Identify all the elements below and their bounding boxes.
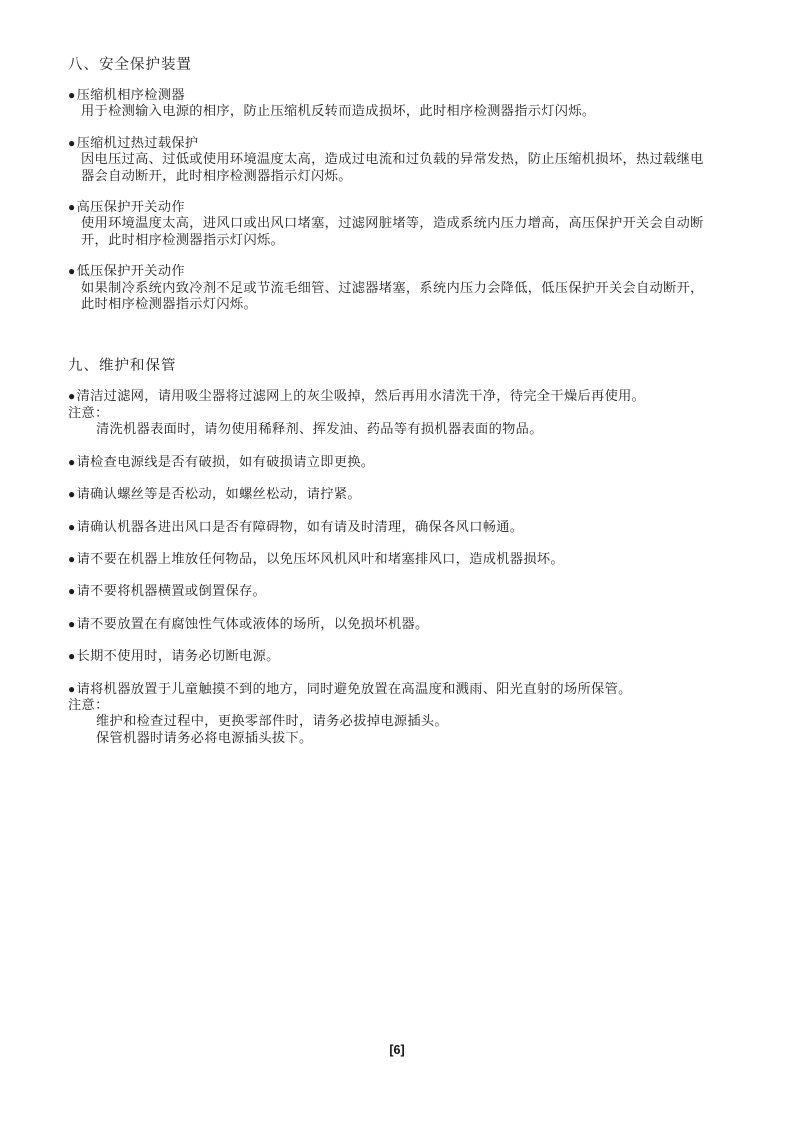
- bullet-icon: ●: [68, 136, 76, 150]
- bullet-text: 长期不使用时，请务必切断电源。: [77, 648, 280, 663]
- bullet-icon: ●: [68, 617, 76, 631]
- bullet-text-line: ●请不要将机器横置或倒置保存。: [68, 583, 716, 599]
- bullet-icon: ●: [68, 552, 76, 566]
- bullet-item: ●请检查电源线是否有破损，如有破损请立即更换。: [68, 454, 716, 470]
- bullet-item: ●清洁过滤网，请用吸尘器将过滤网上的灰尘吸掉，然后再用水清洗干净，待完全干燥后再…: [68, 388, 716, 437]
- bullet-icon: ●: [68, 88, 76, 102]
- bullet-text: 请确认螺丝等是否松动，如螺丝松动，请拧紧。: [77, 486, 361, 501]
- bullet-text-line: ●长期不使用时，请务必切断电源。: [68, 648, 716, 664]
- bullet-text-line: ●请检查电源线是否有破损，如有破损请立即更换。: [68, 454, 716, 470]
- bullet-item: ●低压保护开关动作 如果制冷系统内致冷剂不足或节流毛细管、过滤器堵塞，系统内压力…: [68, 263, 716, 312]
- bullet-text-line: ●请确认机器各进出风口是否有障碍物，如有请及时清理，确保各风口畅通。: [68, 519, 716, 535]
- bullet-item: ●长期不使用时，请务必切断电源。: [68, 648, 716, 664]
- bullet-item: ●请不要放置在有腐蚀性气体或液体的场所，以免损坏机器。: [68, 616, 716, 632]
- bullet-item: ●请不要在机器上堆放任何物品，以免压坏风机风叶和堵塞排风口，造成机器损坏。: [68, 551, 716, 567]
- bullet-title: 低压保护开关动作: [77, 263, 185, 278]
- bullet-item: ●压缩机过热过载保护 因电压过高、过低或使用环境温度太高，造成过电流和过负载的异…: [68, 135, 716, 184]
- bullet-icon: ●: [68, 584, 76, 598]
- bullet-icon: ●: [68, 455, 76, 469]
- bullet-text: 请将机器放置于儿童触摸不到的地方，同时避免放置在高温度和溅雨、阳光直射的场所保管…: [77, 681, 632, 696]
- bullet-body: 用于检测输入电源的相序，防止压缩机反转而造成损坏，此时相序检测器指示灯闪烁。: [81, 103, 716, 119]
- note-line: 维护和检查过程中，更换零部件时，请务必拔掉电源插头。: [96, 713, 716, 729]
- note-line: 清洗机器表面时，请勿使用稀释剂、挥发油、药品等有损机器表面的物品。: [96, 421, 716, 437]
- bullet-item: ●请将机器放置于儿童触摸不到的地方，同时避免放置在高温度和溅雨、阳光直射的场所保…: [68, 681, 716, 747]
- bullet-item: ●请不要将机器横置或倒置保存。: [68, 583, 716, 599]
- bullet-icon: ●: [68, 389, 76, 403]
- section-safety-protection: 八、安全保护装置 ●压缩机相序检测器 用于检测输入电源的相序，防止压缩机反转而造…: [68, 57, 716, 312]
- note-label: 注意：: [68, 697, 716, 713]
- bullet-text: 清洁过滤网，请用吸尘器将过滤网上的灰尘吸掉，然后再用水清洗干净，待完全干燥后再使…: [77, 388, 646, 403]
- section-heading: 九、维护和保管: [68, 358, 716, 375]
- note-line: 保管机器时请务必将电源插头拔下。: [96, 730, 716, 746]
- bullet-icon: ●: [68, 649, 76, 663]
- section-heading: 八、安全保护装置: [68, 57, 716, 74]
- bullet-item: ●高压保护开关动作 使用环境温度太高，进风口或出风口堵塞，过滤网脏堵等，造成系统…: [68, 199, 716, 248]
- bullet-icon: ●: [68, 682, 76, 696]
- bullet-text: 请不要放置在有腐蚀性气体或液体的场所，以免损坏机器。: [77, 616, 429, 631]
- bullet-icon: ●: [68, 520, 76, 534]
- bullet-text: 请检查电源线是否有破损，如有破损请立即更换。: [77, 454, 375, 469]
- bullet-title: 高压保护开关动作: [77, 199, 185, 214]
- bullet-title-line: ●压缩机过热过载保护: [68, 135, 716, 151]
- bullet-text-line: ●请将机器放置于儿童触摸不到的地方，同时避免放置在高温度和溅雨、阳光直射的场所保…: [68, 681, 716, 697]
- bullet-title: 压缩机相序检测器: [77, 87, 185, 102]
- bullet-text-line: ●清洁过滤网，请用吸尘器将过滤网上的灰尘吸掉，然后再用水清洗干净，待完全干燥后再…: [68, 388, 716, 404]
- bullet-body: 因电压过高、过低或使用环境温度太高，造成过电流和过负载的异常发热，防止压缩机损坏…: [81, 151, 716, 184]
- section-maintenance-storage: 九、维护和保管 ●清洁过滤网，请用吸尘器将过滤网上的灰尘吸掉，然后再用水清洗干净…: [68, 358, 716, 746]
- bullet-title: 压缩机过热过载保护: [77, 135, 199, 150]
- bullet-title-line: ●低压保护开关动作: [68, 263, 716, 279]
- bullet-icon: ●: [68, 264, 76, 278]
- bullet-item: ●请确认螺丝等是否松动，如螺丝松动，请拧紧。: [68, 486, 716, 502]
- bullet-body: 使用环境温度太高，进风口或出风口堵塞，过滤网脏堵等，造成系统内压力增高，高压保护…: [81, 215, 716, 248]
- bullet-text: 请不要将机器横置或倒置保存。: [77, 583, 267, 598]
- bullet-title-line: ●压缩机相序检测器: [68, 87, 716, 103]
- document-page: 八、安全保护装置 ●压缩机相序检测器 用于检测输入电源的相序，防止压缩机反转而造…: [0, 0, 794, 1122]
- bullet-body: 如果制冷系统内致冷剂不足或节流毛细管、过滤器堵塞，系统内压力会降低，低压保护开关…: [81, 280, 716, 313]
- bullet-text-line: ●请确认螺丝等是否松动，如螺丝松动，请拧紧。: [68, 486, 716, 502]
- bullet-text: 请不要在机器上堆放任何物品，以免压坏风机风叶和堵塞排风口，造成机器损坏。: [77, 551, 564, 566]
- page-number: [6]: [0, 1043, 794, 1057]
- bullet-title-line: ●高压保护开关动作: [68, 199, 716, 215]
- bullet-item: ●压缩机相序检测器 用于检测输入电源的相序，防止压缩机反转而造成损坏，此时相序检…: [68, 87, 716, 120]
- bullet-text-line: ●请不要放置在有腐蚀性气体或液体的场所，以免损坏机器。: [68, 616, 716, 632]
- bullet-item: ●请确认机器各进出风口是否有障碍物，如有请及时清理，确保各风口畅通。: [68, 519, 716, 535]
- bullet-text-line: ●请不要在机器上堆放任何物品，以免压坏风机风叶和堵塞排风口，造成机器损坏。: [68, 551, 716, 567]
- bullet-icon: ●: [68, 200, 76, 214]
- note-label: 注意：: [68, 405, 716, 421]
- bullet-icon: ●: [68, 487, 76, 501]
- bullet-text: 请确认机器各进出风口是否有障碍物，如有请及时清理，确保各风口畅通。: [77, 519, 524, 534]
